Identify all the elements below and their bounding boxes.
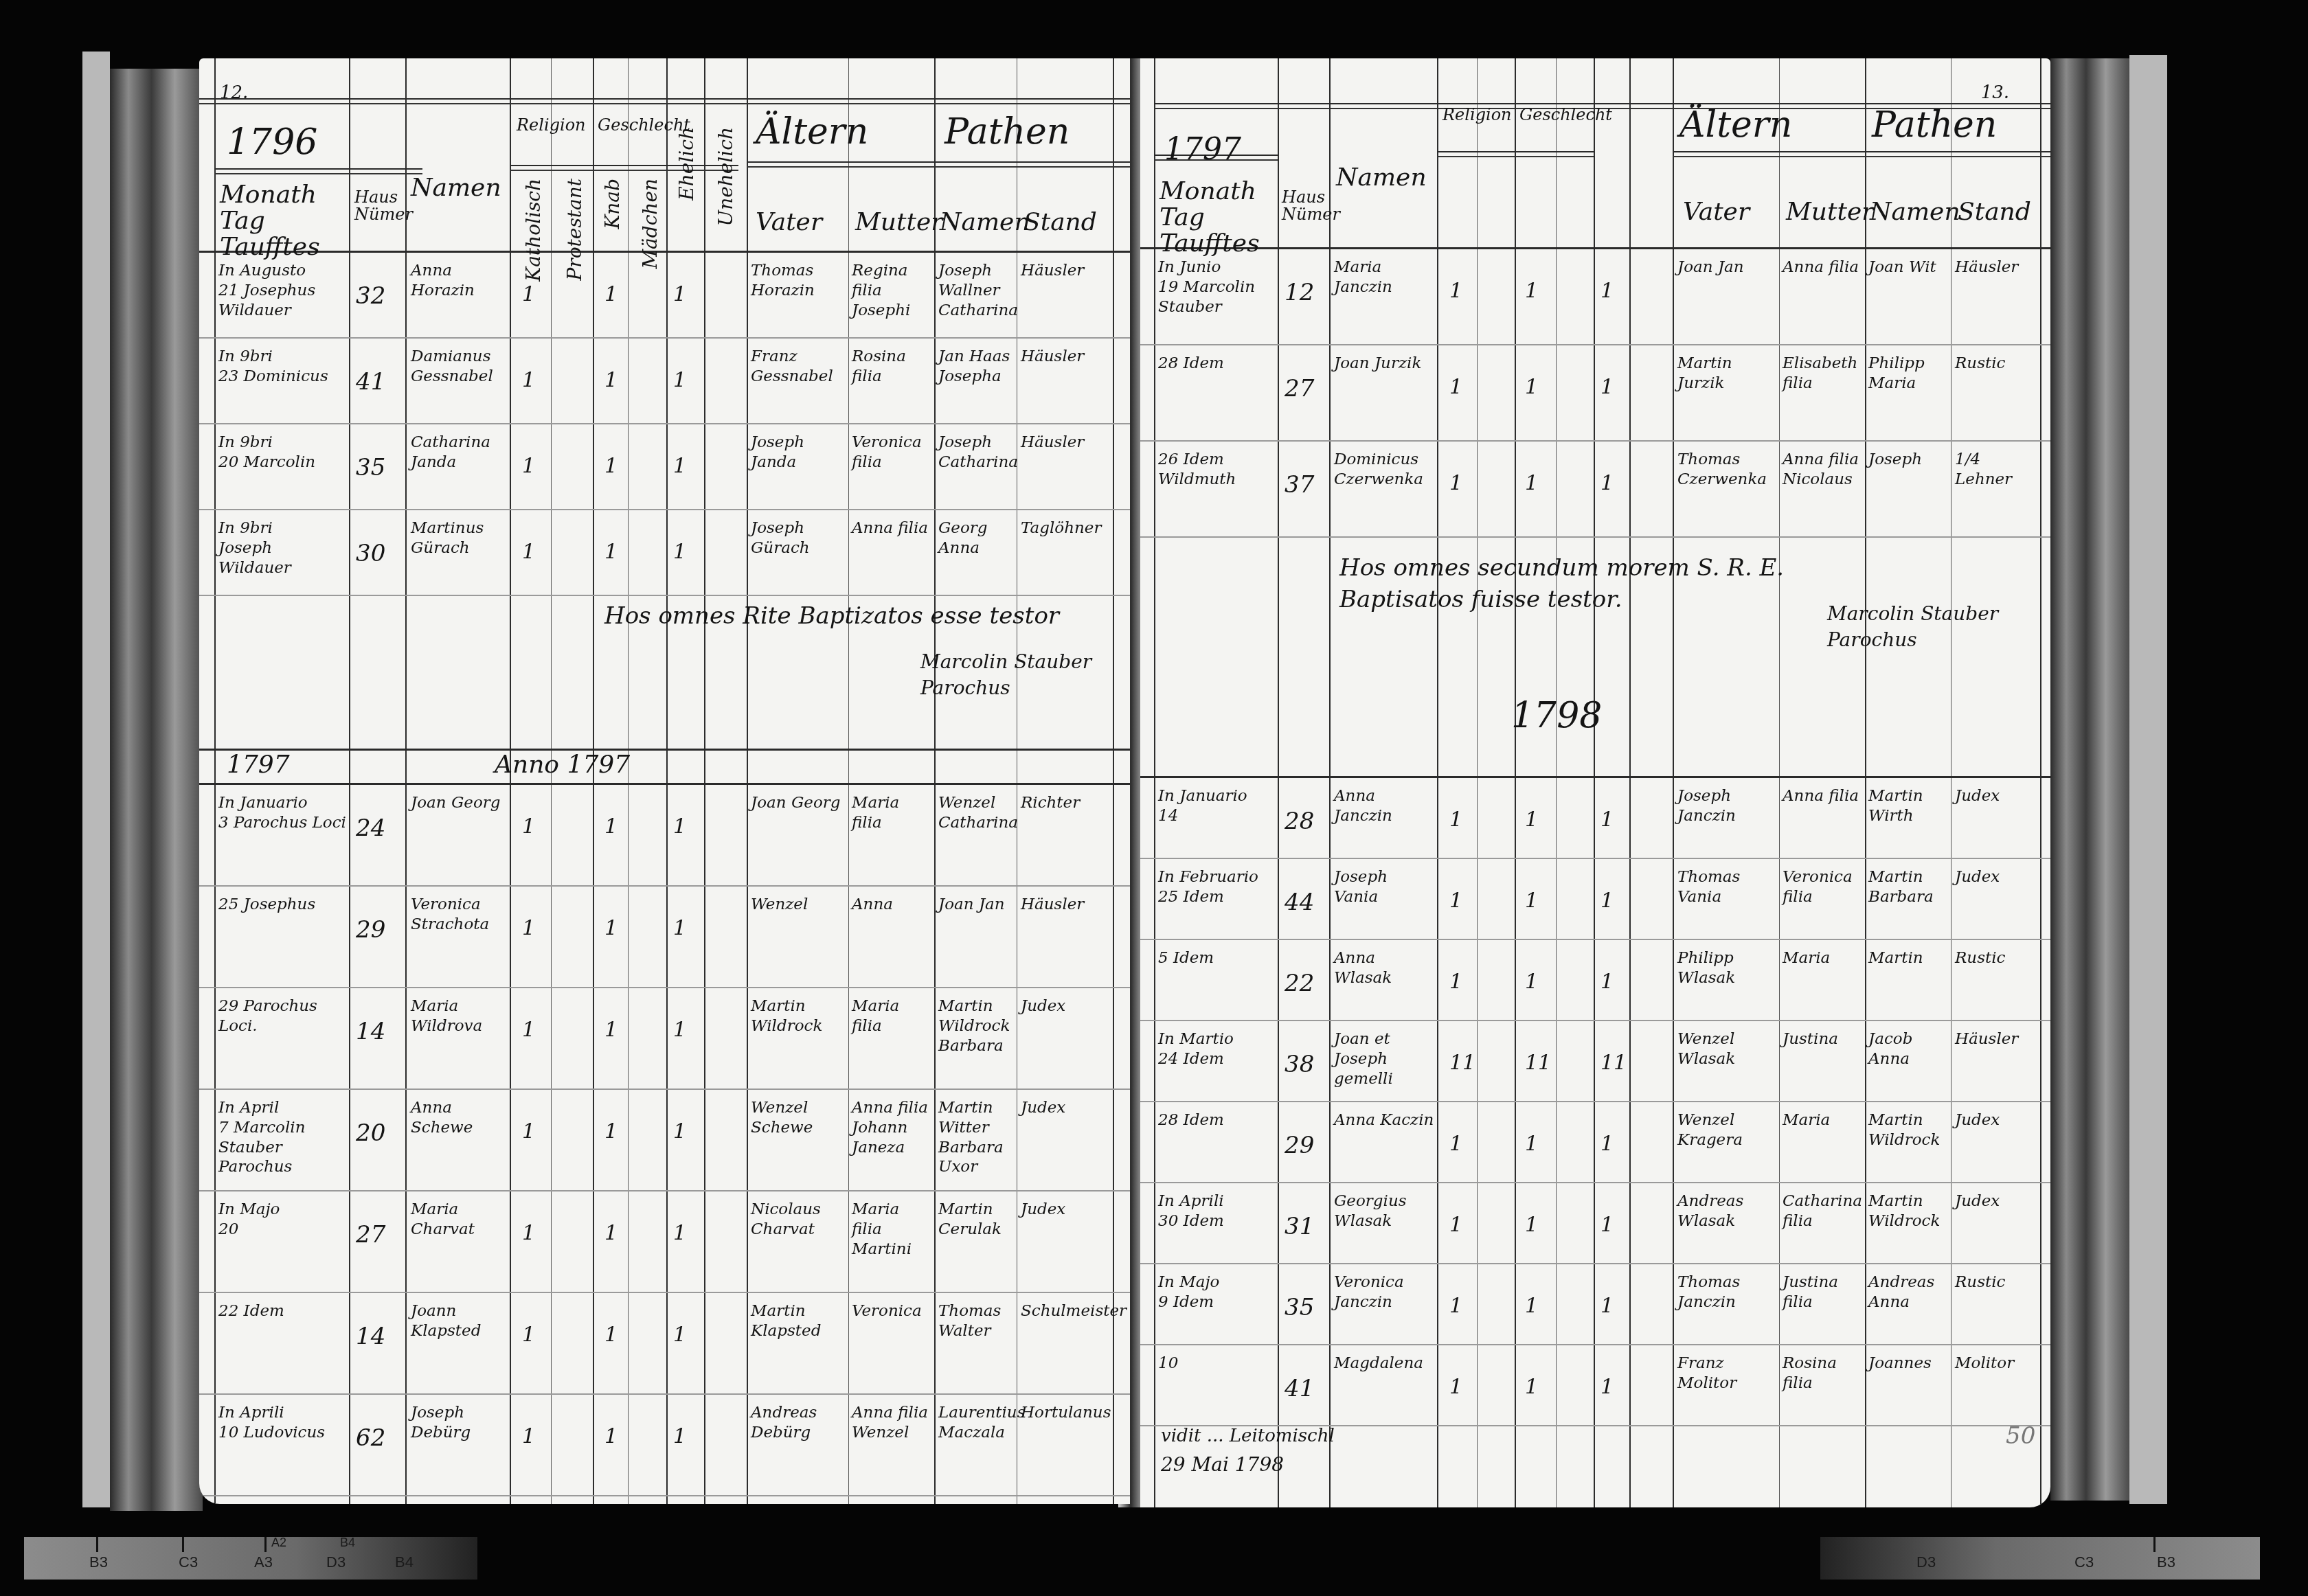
entry-mother: Rosina filia [852,347,933,387]
entry-father: Franz Molitor [1677,1354,1777,1393]
year-divider-left: 1797 [227,752,290,778]
row-divider [199,1393,1130,1395]
entry-godparent-status: Häusler [1021,347,1110,367]
header-legitimate: Ehelich [675,127,698,201]
entry-legitimacy-mark: 1 [673,1017,694,1043]
page-number: 13. [1981,82,2009,103]
entry-father: Andreas Wlasak [1677,1192,1777,1231]
entry-sex-mark: 1 [604,453,625,479]
entry-legitimacy-mark: 1 [1600,1293,1621,1319]
header-month-day: Monath Tag Taufftes [1159,179,1276,256]
entry-sex-mark: 1 [1525,374,1546,400]
entry-house-number: 14 [356,1017,404,1047]
entry-sex-mark: 1 [604,1017,625,1043]
entry-father: Martin Jurzik [1677,354,1777,394]
entry-godparent: Joan Jan [938,895,1015,915]
row-divider [1140,1263,2050,1264]
entry-mother: Elisabeth filia [1783,354,1864,394]
year-heading: 1796 [227,124,317,161]
page-edges-left [110,69,203,1511]
entry-sex-mark: 1 [604,1322,625,1348]
entry-legitimacy-mark: 1 [673,539,694,565]
entry-date: In April 7 Marcolin Stauber Parochus [218,1098,348,1177]
entry-date: 5 Idem [1158,948,1276,968]
entry-legitimacy-mark: 1 [673,1220,694,1246]
entry-legitimacy-mark: 1 [673,367,694,394]
entry-godparent-status: Häusler [1955,258,2037,277]
margin-number: 50 [2006,1422,2035,1451]
entry-religion-mark: 1 [1449,888,1470,914]
entry-sex-mark: 1 [1525,969,1546,995]
scale-ruler-left: B3 C3 A3 D3 B4 A2 B4 [24,1537,477,1580]
entry-godparent: Jan Haas Josepha [938,347,1015,387]
entry-sex-mark: 1 [604,539,625,565]
entry-godparent: Martin Barbara [1868,867,1949,907]
entry-house-number: 32 [356,282,404,311]
entry-sex-mark: 1 [604,1424,625,1450]
entry-date: In 9bri 23 Dominicus [218,347,348,387]
header-godparent-name: Namen [940,209,1030,236]
row-divider [1140,536,2050,538]
entry-child-name: Catharina Janda [411,433,507,472]
entry-godparent-status: Schulmeister [1021,1301,1110,1321]
entry-religion-mark: 1 [1449,1212,1470,1238]
row-divider [199,1292,1130,1293]
entry-date: In Februario 25 Idem [1158,867,1276,907]
row-divider [1140,1182,2050,1183]
entry-godparent: Martin Wildrock Barbara [938,996,1015,1056]
entry-mother: Anna filia [852,518,933,538]
row-divider [199,1190,1130,1192]
entry-godparent: Martin Wirth [1868,786,1949,826]
header-parents: Ältern [1679,106,1792,144]
entry-father: Wenzel Kragera [1677,1110,1777,1150]
closing-signature: Marcolin Stauber Parochus [1827,601,2026,653]
entry-mother: Justina filia [1783,1273,1864,1312]
entry-godparent-status: Hortulanus [1021,1403,1110,1423]
entry-date: In 9bri 20 Marcolin [218,433,348,472]
entry-religion-mark: 1 [1449,470,1470,497]
entry-mother: Justina [1783,1029,1864,1049]
entry-house-number: 35 [356,453,404,483]
entry-child-name: Joan Jurzik [1334,354,1436,374]
entry-father: Joan Jan [1677,258,1777,277]
entry-sex-mark: 1 [604,1220,625,1246]
entry-godparent-status: Rustic [1955,354,2037,374]
entry-religion-mark: 1 [522,915,543,942]
entry-godparent: Andreas Anna [1868,1273,1949,1312]
entry-religion-mark: 1 [1449,1374,1470,1400]
entry-date: 28 Idem [1158,354,1276,374]
entry-child-name: Magdalena [1334,1354,1436,1373]
entry-date: In 9bri Joseph Wildauer [218,518,348,578]
entry-religion-mark: 1 [522,1017,543,1043]
entry-date: 29 Parochus Loci. [218,996,348,1036]
entry-godparent: Philipp Maria [1868,354,1949,394]
entry-child-name: Veronica Strachota [411,895,507,935]
header-sex-girl: Mädchen [639,179,661,269]
header-sex-boy: Knab [601,179,624,229]
header-godparents: Pathen [1872,106,1997,144]
entry-house-number: 62 [356,1424,404,1453]
entry-house-number: 44 [1285,888,1327,917]
entry-godparent-status: Judex [1021,1200,1110,1220]
row-divider [199,509,1130,510]
entry-date: In Martio 24 Idem [1158,1029,1276,1069]
header-religion: Religion [517,117,589,134]
entry-mother: Maria filia Martini [852,1200,933,1259]
entry-mother: Catharina filia [1783,1192,1864,1231]
entry-mother: Maria filia [852,996,933,1036]
entry-sex-mark: 1 [1525,278,1546,304]
entry-date: In Junio 19 Marcolin Stauber [1158,258,1276,317]
entry-house-number: 20 [356,1119,404,1148]
header-illegitimate: Unehelich [714,127,737,226]
entry-house-number: 37 [1285,470,1327,500]
row-divider [199,423,1130,424]
book-cover-right [2129,55,2167,1504]
entry-mother: Veronica filia [1783,867,1864,907]
row-divider [199,1088,1130,1090]
entry-sex-mark: 1 [1525,1293,1546,1319]
entry-godparent: Jacob Anna [1868,1029,1949,1069]
entry-date: In Aprili 30 Idem [1158,1192,1276,1231]
entry-mother: Regina filia Josephi [852,261,933,320]
entry-legitimacy-mark: 1 [1600,278,1621,304]
entry-house-number: 31 [1285,1212,1327,1242]
entry-religion-mark: 1 [522,814,543,840]
header-godparent-status: Stand [1023,209,1097,236]
entry-house-number: 35 [1285,1293,1327,1323]
entry-religion-mark: 1 [1449,278,1470,304]
entry-date: In Januario 3 Parochus Loci [218,793,348,833]
header-religion-catholic: Katholisch [522,179,545,282]
entry-date: 22 Idem [218,1301,348,1321]
entry-godparent: Martin Wildrock [1868,1110,1949,1150]
entry-father: Wenzel Wlasak [1677,1029,1777,1069]
entry-child-name: Joann Klapsted [411,1301,507,1341]
entry-godparent: Joseph [1868,450,1949,470]
entry-house-number: 28 [1285,807,1327,836]
entry-date: 10 [1158,1354,1276,1373]
header-religion: Religion [1442,106,1511,124]
entry-sex-mark: 1 [604,1119,625,1145]
row-divider [1140,1020,2050,1021]
entry-sex-mark: 1 [1525,1131,1546,1157]
entry-legitimacy-mark: 1 [673,814,694,840]
row-divider [1140,1344,2050,1345]
entry-religion-mark: 1 [1449,374,1470,400]
entry-godparent: Joan Wit [1868,258,1949,277]
entry-mother: Maria filia [852,793,933,833]
entry-sex-mark: 1 [1525,1374,1546,1400]
row-divider [199,1495,1130,1496]
entry-mother: Veronica filia [852,433,933,472]
entry-godparent: Joseph Wallner Catharina [938,261,1015,320]
entry-legitimacy-mark: 1 [1600,374,1621,400]
entry-house-number: 27 [356,1220,404,1250]
entry-religion-mark: 1 [522,1424,543,1450]
scale-ruler-right: D3 C3 B3 [1820,1537,2260,1580]
entry-sex-mark: 1 [604,367,625,394]
entry-sex-mark: 1 [1525,888,1546,914]
entry-father: Joseph Janczin [1677,786,1777,826]
entry-house-number: 12 [1285,278,1327,308]
entry-father: Philipp Wlasak [1677,948,1777,988]
entry-legitimacy-mark: 1 [673,1119,694,1145]
row-divider [1140,344,2050,345]
header-mother: Mutter [855,209,943,236]
header-names: Namen [1336,165,1427,191]
entry-child-name: Joan et Joseph gemelli [1334,1029,1436,1088]
row-divider [1140,440,2050,442]
entry-legitimacy-mark: 1 [1600,888,1621,914]
entry-child-name: Martinus Gürach [411,518,507,558]
entry-child-name: Veronica Janczin [1334,1273,1436,1312]
header-names: Namen [411,175,501,201]
entry-mother: Anna filia [1783,786,1864,806]
entry-father: Thomas Janczin [1677,1273,1777,1312]
entry-house-number: 41 [1285,1374,1327,1404]
entry-date: In Aprili 10 Ludovicus [218,1403,348,1443]
book-cover-left [82,52,110,1507]
entry-date: In Majo 20 [218,1200,348,1240]
header-parents: Ältern [756,113,868,151]
page-edges-right [2050,58,2129,1501]
closing-note: Hos omnes secundum morem S. R. E. Baptis… [1339,553,1820,616]
entry-godparent-status: Judex [1955,786,2037,806]
entry-sex-mark: 1 [604,915,625,942]
entry-godparent: Wenzel Catharina [938,793,1015,833]
entry-father: Thomas Czerwenka [1677,450,1777,490]
entry-godparent-status: Judex [1955,1192,2037,1211]
entry-godparent: Martin Cerulak [938,1200,1015,1240]
entry-child-name: Georgius Wlasak [1334,1192,1436,1231]
year-heading: 1797 [1164,134,1241,166]
entry-mother: Anna filia [1783,258,1864,277]
entry-date: In Augusto 21 Josephus Wildauer [218,261,348,320]
entry-father: Martin Klapsted [751,1301,846,1341]
entry-legitimacy-mark: 1 [1600,1131,1621,1157]
entry-date: 28 Idem [1158,1110,1276,1130]
entry-date: In Januario 14 [1158,786,1276,826]
entry-religion-mark: 11 [1449,1050,1470,1076]
entry-child-name: Anna Janczin [1334,786,1436,826]
entry-sex-mark: 11 [1525,1050,1546,1076]
entry-godparent-status: Häusler [1021,895,1110,915]
entry-house-number: 24 [356,814,404,843]
entry-godparent-status: Richter [1021,793,1110,813]
header-sex: Geschlecht [1519,106,1588,124]
right-page: 13. 1797 Monath Tag Taufftes Haus Nümer … [1140,58,2050,1507]
entry-sex-mark: 1 [1525,470,1546,497]
entry-mother: Rosina filia [1783,1354,1864,1393]
entry-religion-mark: 1 [522,282,543,308]
entry-godparent-status: Judex [1021,996,1110,1016]
header-month-day: Monath Tag Taufftes [220,182,347,260]
entry-godparent-status: Häusler [1021,433,1110,453]
entry-religion-mark: 1 [1449,969,1470,995]
entry-godparent-status: Taglöhner [1021,518,1110,538]
row-divider [1140,858,2050,859]
entry-religion-mark: 1 [522,1220,543,1246]
entry-godparent: Martin Wildrock [1868,1192,1949,1231]
entry-religion-mark: 1 [1449,1293,1470,1319]
entry-godparent-status: Judex [1021,1098,1110,1118]
row-divider [1140,1101,2050,1102]
entry-godparent-status: Rustic [1955,1273,2037,1292]
entry-mother: Anna filia Johann Janeza [852,1098,933,1157]
entry-legitimacy-mark: 1 [673,453,694,479]
entry-godparent-status: Judex [1955,867,2037,887]
entry-father: Joseph Gürach [751,518,846,558]
entry-godparent-status: Häusler [1955,1029,2037,1049]
entry-godparent: Joannes [1868,1354,1949,1373]
year-divider-center: Anno 1797 [495,752,630,778]
entry-godparent-status: Rustic [1955,948,2037,968]
entry-date: In Majo 9 Idem [1158,1273,1276,1312]
entry-mother: Veronica [852,1301,933,1321]
entry-father: Joan Georg [751,793,846,813]
entry-legitimacy-mark: 1 [673,282,694,308]
entry-house-number: 30 [356,539,404,569]
entry-mother: Anna filia Nicolaus [1783,450,1864,490]
entry-sex-mark: 1 [604,814,625,840]
header-godparent-status: Stand [1958,199,2031,225]
row-divider [199,885,1130,887]
row-divider [199,595,1130,596]
entry-house-number: 38 [1285,1050,1327,1080]
footer-note: vidit ... Leitomischl [1161,1425,1335,1448]
entry-child-name: Maria Charvat [411,1200,507,1240]
header-house-number: Haus Nümer [1282,189,1326,223]
entry-legitimacy-mark: 1 [1600,1212,1621,1238]
entry-child-name: Dominicus Czerwenka [1334,450,1436,490]
entry-legitimacy-mark: 1 [1600,1374,1621,1400]
entry-legitimacy-mark: 1 [1600,969,1621,995]
entry-father: Wenzel Schewe [751,1098,846,1138]
entry-godparent-status: Häusler [1021,261,1110,281]
entry-father: Franz Gessnabel [751,347,846,387]
year-divider: 1798 [1511,697,1602,735]
entry-date: 25 Josephus [218,895,348,915]
entry-religion-mark: 1 [522,1119,543,1145]
entry-house-number: 41 [356,367,404,397]
entry-father: Wenzel [751,895,846,915]
entry-father: Joseph Janda [751,433,846,472]
header-sex: Geschlecht [598,117,663,134]
entry-legitimacy-mark: 1 [1600,807,1621,833]
entry-house-number: 29 [1285,1131,1327,1161]
entry-child-name: Joseph Debürg [411,1403,507,1443]
entry-legitimacy-mark: 1 [673,1322,694,1348]
entry-child-name: Anna Horazin [411,261,507,301]
entry-religion-mark: 1 [1449,1131,1470,1157]
entry-mother: Maria [1783,1110,1864,1130]
entry-house-number: 22 [1285,969,1327,999]
entry-child-name: Damianus Gessnabel [411,347,507,387]
header-mother: Mutter [1786,199,1874,225]
entry-house-number: 27 [1285,374,1327,404]
entry-sex-mark: 1 [1525,1212,1546,1238]
entry-child-name: Anna Kaczin [1334,1110,1436,1130]
entry-father: Andreas Debürg [751,1403,846,1443]
entry-godparent: Thomas Walter [938,1301,1015,1341]
entry-child-name: Anna Schewe [411,1098,507,1138]
closing-note: Hos omnes Rite Baptizatos esse testor [604,601,1059,632]
entry-legitimacy-mark: 1 [673,1424,694,1450]
row-divider [1140,939,2050,940]
entry-father: Martin Wildrock [751,996,846,1036]
entry-godparent-status: 1/4 Lehner [1955,450,2037,490]
entry-religion-mark: 1 [522,453,543,479]
entry-child-name: Anna Wlasak [1334,948,1436,988]
entry-godparent: Laurentius Maczala [938,1403,1015,1443]
entry-child-name: Maria Janczin [1334,258,1436,297]
entry-legitimacy-mark: 1 [673,915,694,942]
entry-child-name: Joseph Vania [1334,867,1436,907]
header-godparent-name: Namen [1870,199,1960,225]
entry-godparent: Joseph Catharina [938,433,1015,472]
entry-godparent: Martin [1868,948,1949,968]
entry-house-number: 14 [356,1322,404,1352]
entry-religion-mark: 1 [522,539,543,565]
entry-legitimacy-mark: 1 [1600,470,1621,497]
entry-child-name: Maria Wildrova [411,996,507,1036]
entry-house-number: 29 [356,915,404,945]
header-religion-protestant: Protestant [563,179,586,281]
entry-father: Thomas Vania [1677,867,1777,907]
header-father: Vater [756,209,822,236]
footer-date: 29 Mai 1798 [1161,1452,1284,1477]
entry-godparent-status: Judex [1955,1110,2037,1130]
header-godparents: Pathen [944,113,1070,151]
entry-father: Nicolaus Charvat [751,1200,846,1240]
entry-religion-mark: 1 [522,367,543,394]
page-number: 12. [220,82,248,103]
closing-signature: Marcolin Stauber Parochus [920,649,1099,701]
entry-religion-mark: 1 [1449,807,1470,833]
entry-father: Thomas Horazin [751,261,846,301]
entry-legitimacy-mark: 11 [1600,1050,1621,1076]
entry-sex-mark: 1 [1525,807,1546,833]
left-page: 12. 1796 Monath Tag Taufftes Haus Nümer … [199,58,1130,1504]
row-divider [199,987,1130,988]
header-house-number: Haus Nümer [354,189,403,223]
entry-godparent-status: Molitor [1955,1354,2037,1373]
row-divider [199,337,1130,339]
entry-child-name: Joan Georg [411,793,507,813]
entry-date: 26 Idem Wildmuth [1158,450,1276,490]
entry-mother: Anna [852,895,933,915]
entry-religion-mark: 1 [522,1322,543,1348]
entry-mother: Maria [1783,948,1864,968]
entry-godparent: Martin Witter Barbara Uxor [938,1098,1015,1177]
entry-sex-mark: 1 [604,282,625,308]
header-father: Vater [1683,199,1750,225]
entry-mother: Anna filia Wenzel [852,1403,933,1443]
entry-godparent: Georg Anna [938,518,1015,558]
